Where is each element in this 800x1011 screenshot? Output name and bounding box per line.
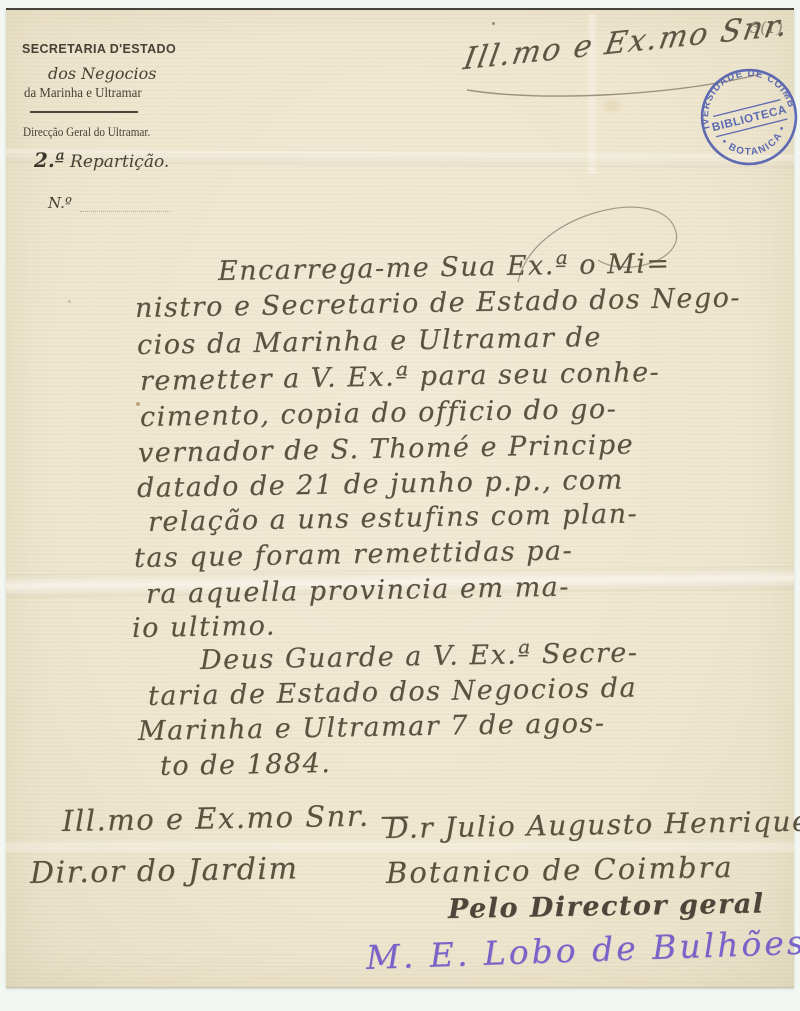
addressee-line2-left: Dir.or do Jardim [30, 851, 299, 891]
letterhead-subtitle2: da Marinha e Ultramar [24, 86, 142, 102]
division-label: Repartição. [70, 152, 169, 172]
addressee-line2-right: Botanico de Coimbra [386, 850, 734, 890]
letterhead-number-label: N.º [48, 194, 72, 212]
body-line-7: datado de 21 de junho p.p., com [137, 465, 624, 504]
letterhead-title: SECRETARIA D'ESTADO [22, 42, 176, 56]
body-line-11: io ultimo. [132, 610, 276, 644]
letterhead-division: 2.ª Repartição. [34, 148, 169, 172]
letterhead-rule [30, 111, 138, 113]
letter-paper: SECRETARIA D'ESTADO dos Negocios da Mari… [6, 8, 794, 988]
addressee-line1-left: Ill.mo e Ex.mo Snr. — [62, 798, 411, 838]
paper-speck [604, 100, 620, 112]
body-line-9: tas que foram remettidas pa- [134, 535, 574, 574]
division-number-handwritten: 2.ª [34, 148, 65, 172]
body-line-3: cios da Marinha e Ultramar de [137, 322, 602, 361]
letterhead-subtitle1: dos Negocios [48, 64, 156, 83]
body-line-6: vernador de S. Thomé e Principe [138, 429, 635, 469]
library-stamp: UNIVERSIDADE DE COIMBRA • BOTANICA • BIB… [687, 55, 800, 179]
body-line-15: to de 1884. [160, 748, 332, 782]
addressee-line1-right: D.r Julio Augusto Henriques [386, 804, 800, 845]
body-line-14: Marinha e Ultramar 7 de agos- [138, 708, 606, 747]
per-director-general-line: Pelo Director geral [448, 888, 765, 925]
number-dotted-line [80, 211, 170, 212]
body-line-1: Encarrega-me Sua Ex.ª o Mi= [218, 248, 671, 287]
body-line-12: Deus Guarde a V. Ex.ª Secre- [200, 637, 639, 676]
body-line-8: relação a uns estufins com plan- [148, 498, 639, 538]
paper-speck [68, 300, 71, 303]
body-line-2: nistro e Secretario de Estado dos Nego- [135, 282, 742, 324]
body-line-5: cimento, copia do officio do go- [140, 394, 618, 433]
director-signature: M. E. Lobo de Bulhões [365, 923, 800, 977]
body-line-10: ra aquella provincia em ma- [146, 572, 570, 610]
paper-speck [492, 22, 495, 25]
body-line-13: taria de Estado dos Negocios da [148, 672, 638, 712]
body-line-4: remetter a V. Ex.ª para seu conhe- [140, 357, 661, 397]
letterhead-department: Direcção Geral do Ultramar. [23, 124, 150, 140]
scanned-letter-page: { "annotations": { "corner_note": "3(1)"… [0, 0, 800, 1011]
